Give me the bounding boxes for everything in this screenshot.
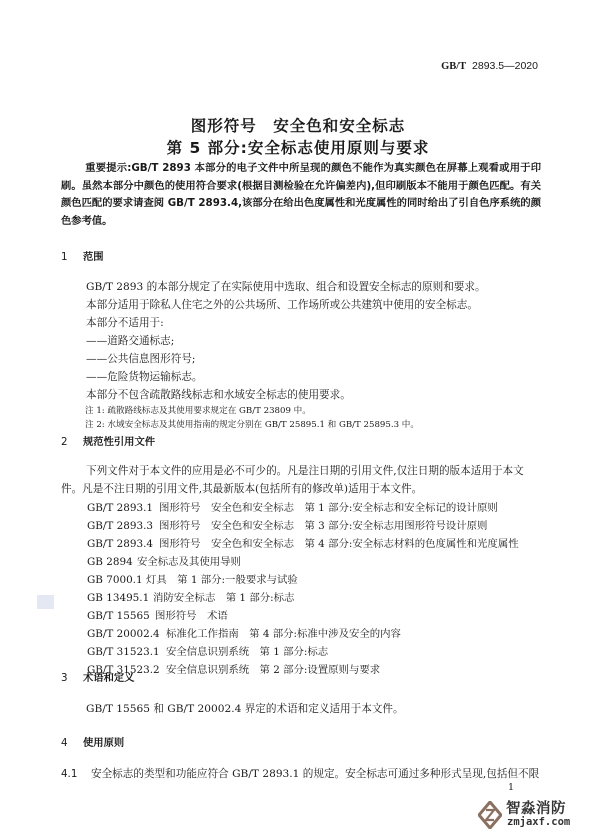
list-item: ——公共信息图形符号; [86,351,196,366]
reference-title: 灯具 第 1 部分:一般要求与试验 [146,571,298,586]
reference-title: 安全标志及其使用导则 [137,553,241,568]
clause-number: 4.1 [61,768,91,780]
section-1-heading: 1范围 [61,248,104,263]
document-title-line1: 图形符号 安全色和安全标志 [0,114,596,136]
section-number: 4 [61,737,83,749]
reference-item: GB/T 2893.4图形符号 安全色和安全标志 第 4 部分:安全标志材料的色… [87,535,519,550]
standard-number-header: GB/T 2893.5—2020 [0,60,538,72]
list-item: ——危险货物运输标志。 [86,369,203,384]
standard-number: 2893.5—2020 [472,60,538,72]
section-number: 1 [61,251,83,263]
section-title: 使用原则 [83,737,124,749]
watermark: 智淼消防 zmjaxf.com [478,797,593,833]
paragraph: 下列文件对于本文件的应用是必不可少的。凡是注日期的引用文件,仅注日期的版本适用于… [86,463,524,478]
section-title: 范围 [83,251,104,263]
reference-item: GB/T 31523.1安全信息识别系统 第 1 部分:标志 [87,643,328,658]
note-2: 注 2: 水域安全标志及其使用指南的规定分别在 GB/T 25895.1 和 G… [85,418,419,430]
reference-title: 标准化工作指南 第 4 部分:标准中涉及安全的内容 [166,625,401,640]
paragraph: 本部分适用于除私人住宅之外的公共场所、工作场所或公共建筑中使用的安全标志。 [86,297,478,312]
paragraph: 本部分不适用于: [86,315,164,330]
scan-artifact [37,595,54,609]
reference-title: 图形符号 安全色和安全标志 第 3 部分:安全标志用图形符号设计原则 [159,517,487,532]
standard-prefix: GB/T [441,61,466,72]
reference-item: GB/T 2893.1图形符号 安全色和安全标志 第 1 部分:安全标志和安全标… [87,499,498,514]
watermark-logo-icon [478,801,502,829]
reference-code: GB/T 15565 [87,610,155,622]
document-title-line2: 第 5 部分:安全标志使用原则与要求 [0,136,596,158]
paragraph: 件。凡是不注日期的引用文件,其最新版本(包括所有的修改单)适用于本文件。 [61,481,422,496]
important-notice-text: 重要提示:GB/T 2893 本部分的电子文件中所呈现的颜色不能作为真实颜色在屏… [61,162,541,227]
paragraph: 本部分不包含疏散路线标志和水域安全标志的使用要求。 [86,387,351,402]
paragraph: GB/T 15565 和 GB/T 20002.4 界定的术语和定义适用于本文件… [86,701,404,716]
section-number: 2 [61,436,83,448]
list-item: ——道路交通标志; [86,333,174,348]
section-3-heading: 3术语和定义 [61,669,134,684]
note-1: 注 1: 疏散路线标志及其使用要求规定在 GB/T 23809 中。 [85,404,311,416]
reference-title: 安全信息识别系统 第 1 部分:标志 [166,643,328,658]
page-number: 1 [508,782,514,793]
reference-code: GB 2894 [87,556,137,568]
section-2-heading: 2规范性引用文件 [61,433,155,448]
reference-code: GB 7000.1 [87,574,146,586]
clause-text: 安全标志的类型和功能应符合 GB/T 2893.1 的规定。安全标志可通过多种形… [91,768,539,780]
paragraph: GB/T 2893 的本部分规定了在实际使用中选取、组合和设置安全标志的原则和要… [86,279,486,294]
reference-code: GB/T 2893.3 [87,520,159,532]
reference-item: GB/T 15565图形符号 术语 [87,607,228,622]
reference-title: 图形符号 术语 [155,607,228,622]
watermark-name: 智淼消防 [506,797,566,818]
watermark-url: zmjaxf.com [507,816,570,828]
reference-item: GB/T 20002.4标准化工作指南 第 4 部分:标准中涉及安全的内容 [87,625,401,640]
reference-item: GB 7000.1灯具 第 1 部分:一般要求与试验 [87,571,298,586]
reference-code: GB/T 20002.4 [87,628,166,640]
reference-title: 安全信息识别系统 第 2 部分:设置原则与要求 [166,661,380,676]
section-number: 3 [61,672,83,684]
reference-code: GB/T 2893.1 [87,502,159,514]
reference-item: GB 2894安全标志及其使用导则 [87,553,241,568]
reference-code: GB 13495.1 [87,592,153,604]
reference-code: GB/T 2893.4 [87,538,159,550]
section-4-heading: 4使用原则 [61,734,124,749]
section-title: 规范性引用文件 [83,436,155,448]
reference-code: GB/T 31523.1 [87,646,166,658]
section-title: 术语和定义 [83,672,134,684]
reference-item: GB 13495.1消防安全标志 第 1 部分:标志 [87,589,294,604]
reference-title: 消防安全标志 第 1 部分:标志 [153,589,294,604]
reference-title: 图形符号 安全色和安全标志 第 4 部分:安全标志材料的色度属性和光度属性 [159,535,519,550]
reference-item: GB/T 2893.3图形符号 安全色和安全标志 第 3 部分:安全标志用图形符… [87,517,487,532]
clause-4-1: 4.1安全标志的类型和功能应符合 GB/T 2893.1 的规定。安全标志可通过… [61,766,539,781]
important-notice: 重要提示:GB/T 2893 本部分的电子文件中所呈现的颜色不能作为真实颜色在屏… [61,160,541,230]
reference-title: 图形符号 安全色和安全标志 第 1 部分:安全标志和安全标记的设计原则 [159,499,498,514]
